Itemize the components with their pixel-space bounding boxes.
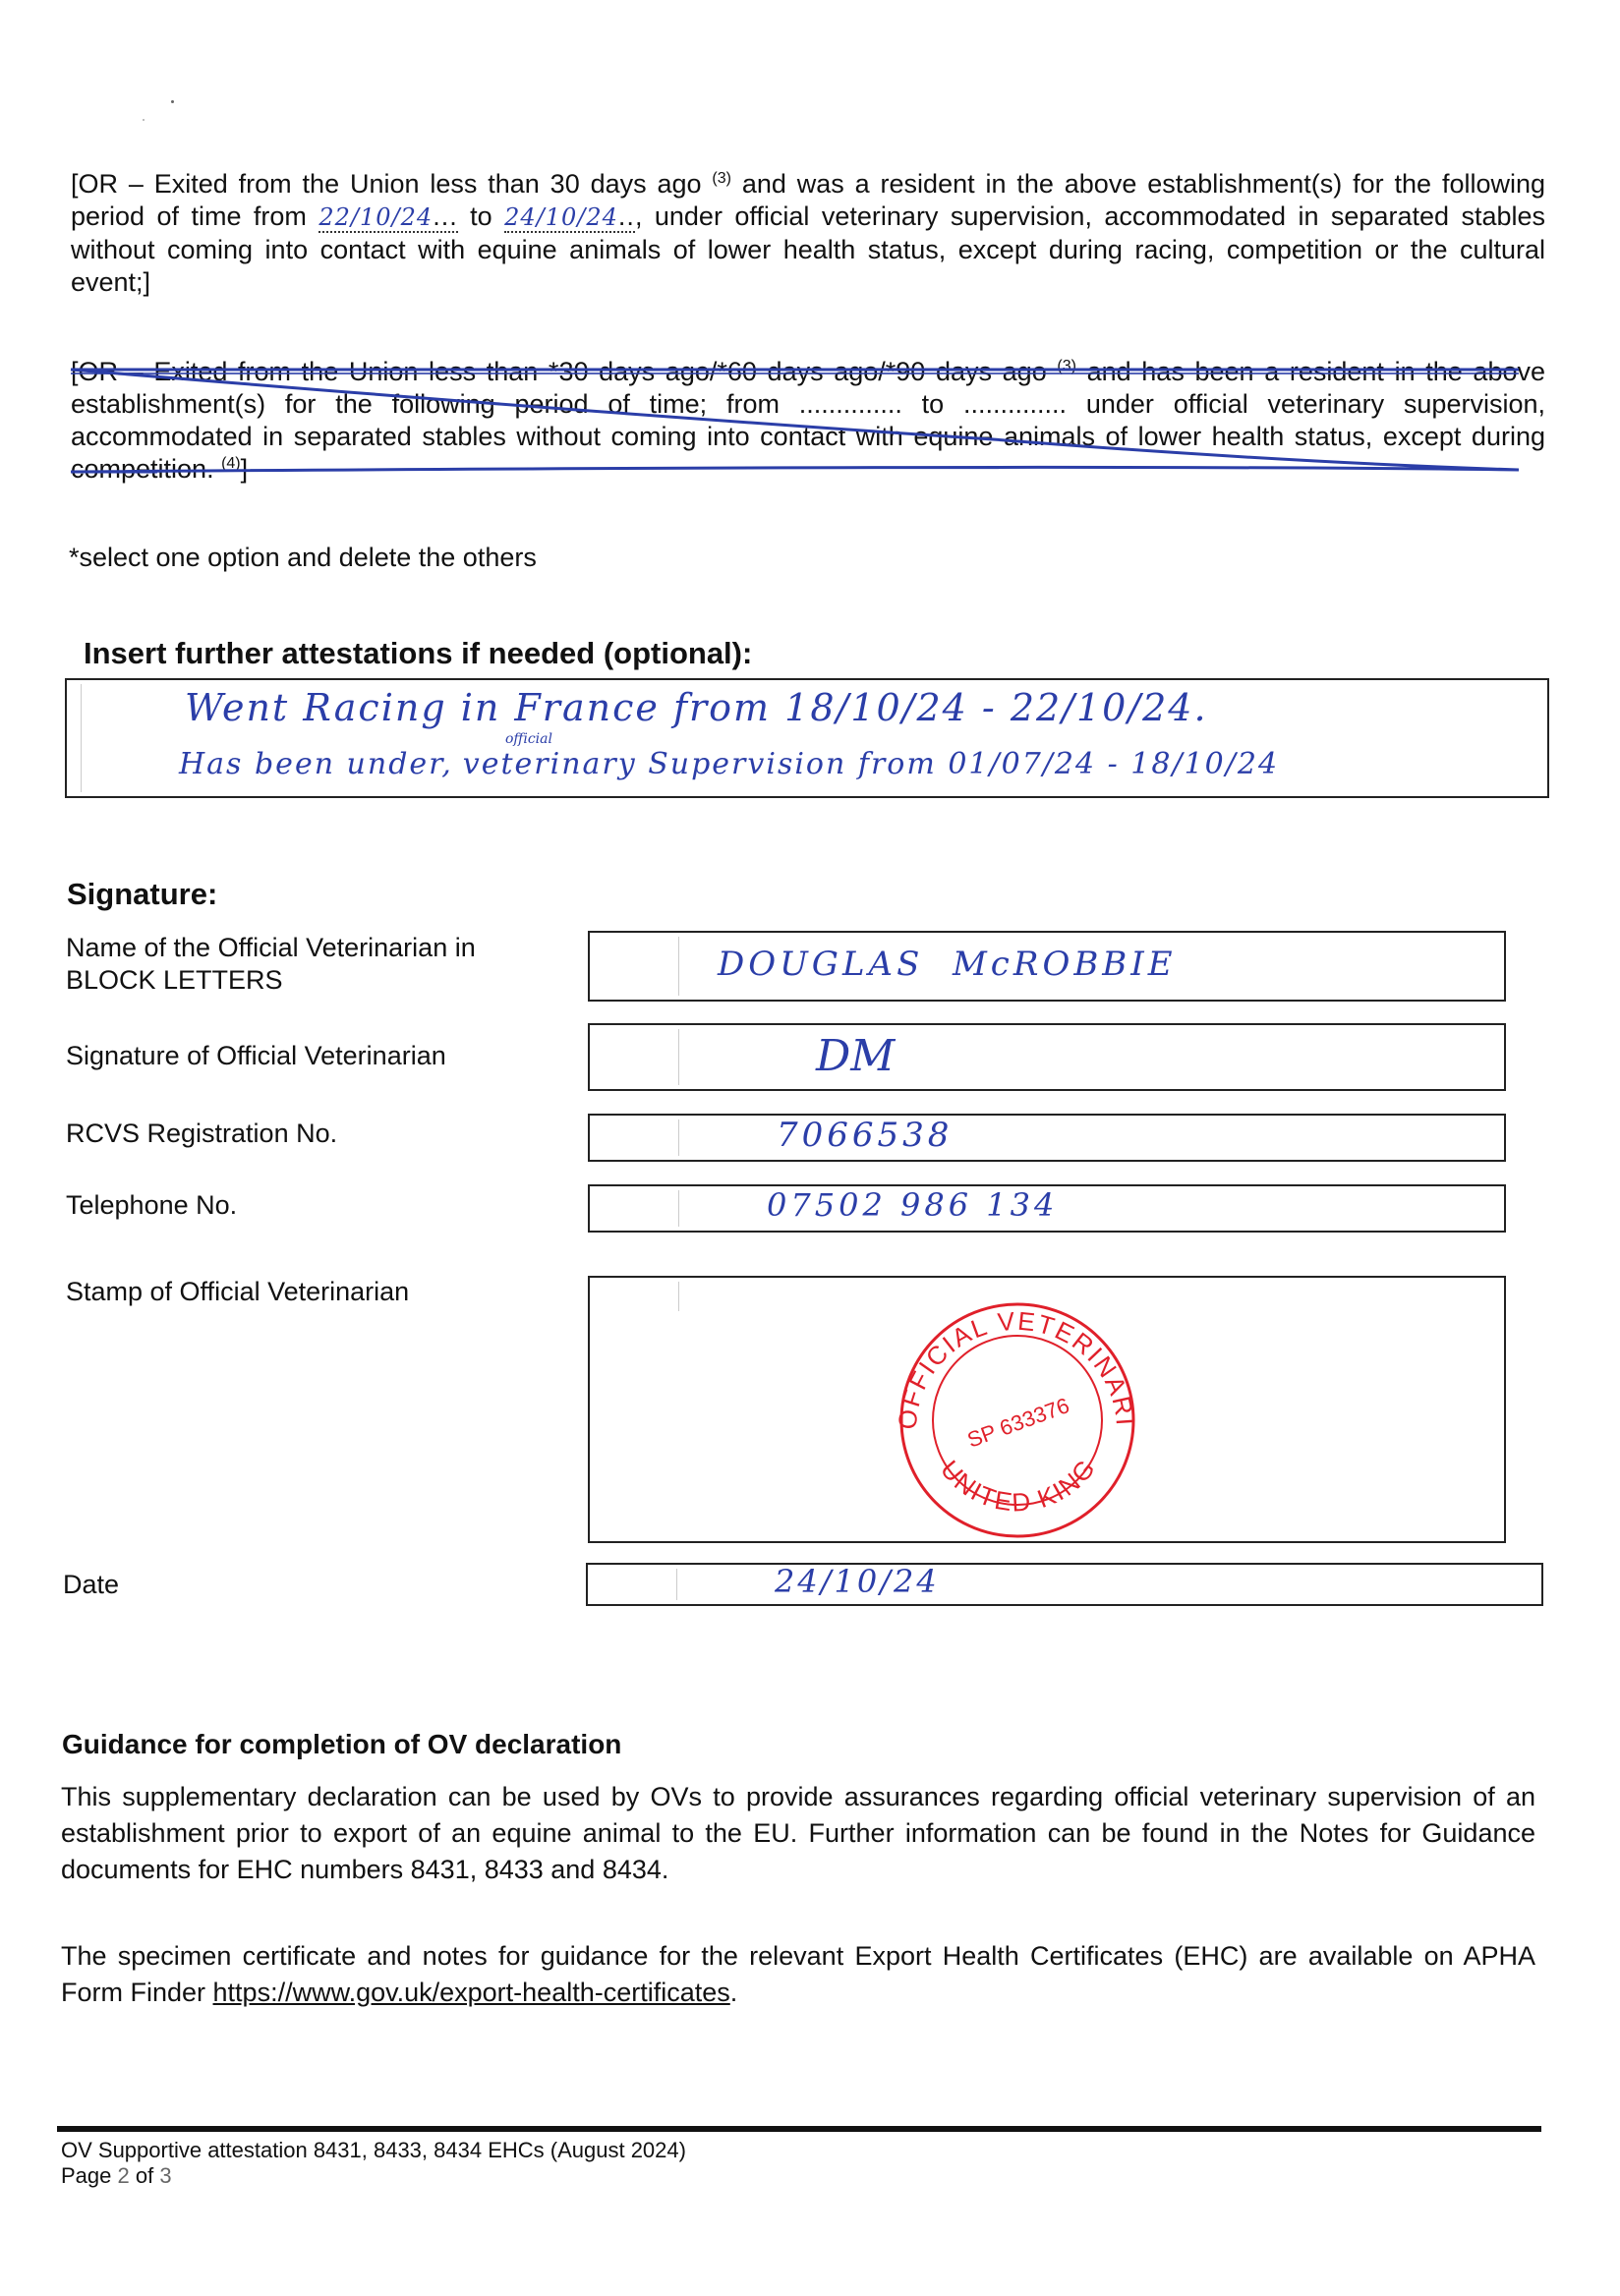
strike-through-mark (0, 0, 1620, 511)
name-field[interactable]: DOUGLAS McROBBIE (588, 931, 1506, 1002)
stamp-label: Stamp of Official Veterinarian (66, 1276, 409, 1308)
guidance-paragraph-2: The specimen certificate and notes for g… (61, 1938, 1535, 2011)
select-note: *select one option and delete the others (69, 542, 537, 574)
page-total: 3 (159, 2163, 171, 2188)
signature-field[interactable]: DM (588, 1023, 1506, 1091)
export-health-certificates-link[interactable]: https://www.gov.uk/export-health-certifi… (213, 1978, 730, 2007)
guidance-heading: Guidance for completion of OV declaratio… (62, 1729, 621, 1760)
date-field[interactable]: 24/10/24 (586, 1563, 1543, 1606)
date-label: Date (63, 1569, 119, 1601)
telephone-label: Telephone No. (66, 1189, 237, 1222)
further-attestations-heading: Insert further attestations if needed (o… (84, 636, 752, 671)
signature-value: DM (816, 1031, 895, 1081)
attestation-insert-word: official (505, 731, 552, 747)
name-label: Name of the Official Veterinarian in BLO… (66, 932, 538, 997)
further-attestations-box[interactable]: Went Racing in France from 18/10/24 - 22… (65, 678, 1549, 798)
attestation-line-2: Has been under,veterinary Supervision fr… (179, 747, 1279, 781)
rcvs-field[interactable]: 7066538 (588, 1114, 1506, 1162)
official-stamp: OFFICIAL VETERINARIAN UNITED KINGDOM SP … (885, 1283, 1150, 1538)
attestation-line-1: Went Racing in France from 18/10/24 - 22… (185, 686, 1208, 729)
rcvs-value: 7066538 (777, 1116, 953, 1155)
attestation-line-2-end: veterinary Supervision from 01/07/24 - 1… (463, 747, 1279, 781)
telephone-field[interactable]: 07502 986 134 (588, 1184, 1506, 1233)
signature-label: Signature of Official Veterinarian (66, 1040, 446, 1072)
footer-divider (57, 2126, 1541, 2132)
signature-heading: Signature: (67, 877, 217, 912)
footer-doc-title: OV Supportive attestation 8431, 8433, 84… (61, 2138, 686, 2163)
guidance-paragraph-2-end: . (730, 1978, 738, 2007)
stamp-center-text: SP 633376 (964, 1393, 1072, 1453)
telephone-value: 07502 986 134 (767, 1186, 1058, 1224)
page-prefix: Page (61, 2163, 118, 2188)
footer-page-number: Page 2 of 3 (61, 2163, 172, 2189)
page-of: of (130, 2163, 160, 2188)
name-value: DOUGLAS McROBBIE (718, 945, 1177, 984)
guidance-paragraph-1: This supplementary declaration can be us… (61, 1779, 1535, 1888)
date-value: 24/10/24 (775, 1563, 940, 1600)
page-current: 2 (118, 2163, 130, 2188)
rcvs-label: RCVS Registration No. (66, 1118, 337, 1150)
attestation-line-2-start: Has been under (179, 747, 441, 781)
